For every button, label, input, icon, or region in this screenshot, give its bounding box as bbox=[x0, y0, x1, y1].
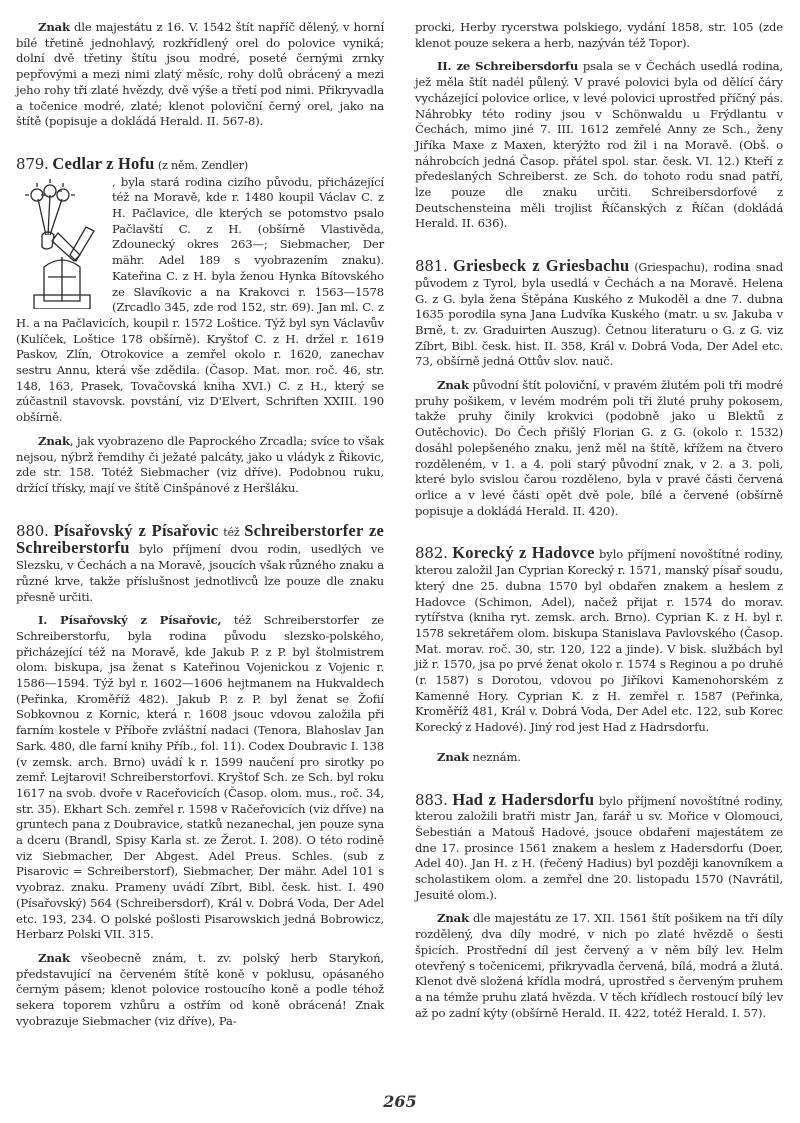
entry-title: Had z Hadersdorfu bbox=[452, 790, 594, 809]
entry-number: 879. bbox=[16, 155, 49, 173]
right-column: procki, Herby rycerstwa polskiego, vydán… bbox=[415, 20, 783, 1021]
section-text: též Schreiberstorfer ze Schreiberstorfu,… bbox=[16, 613, 384, 941]
znak-lead: Znak bbox=[437, 750, 469, 764]
section-text: psala se v Čechách usedlá rodina, jež mě… bbox=[415, 59, 783, 230]
entry-880-header: 880. Písařovský z Písařovic též Schreibe… bbox=[16, 523, 384, 606]
entry-aside: (Griespachu) bbox=[629, 261, 704, 274]
entry-title: Griesbeck z Griesbachu bbox=[453, 256, 629, 275]
entry-text: bylo příjmení novoštítné rodiny, kterou … bbox=[415, 547, 783, 734]
znak-text: neznám. bbox=[469, 750, 521, 764]
znak-lead: Znak bbox=[38, 20, 70, 34]
entry-881-header: 881. Griesbeck z Griesbachu (Griespachu)… bbox=[415, 258, 783, 370]
entry-connector: též bbox=[219, 526, 245, 539]
intro-znak-paragraph: Znak dle majestátu z 16. V. 1542 štít na… bbox=[16, 20, 384, 130]
entry-text: , rodina snad původem z Tyrol, byla used… bbox=[415, 260, 783, 368]
section-lead: II. ze Schreibersdorfu bbox=[437, 59, 578, 73]
entry-number: 883. bbox=[415, 791, 448, 809]
entry-882-znak: Znak neznám. bbox=[415, 750, 783, 766]
page-number: 265 bbox=[0, 1092, 800, 1111]
paragraph-text: dle majestátu z 16. V. 1542 štít napříč … bbox=[16, 20, 384, 128]
document-page: Znak dle majestátu z 16. V. 1542 štít na… bbox=[0, 0, 800, 1123]
znak-text: dle majestátu ze 17. XII. 1561 štít poši… bbox=[415, 911, 783, 1019]
znak-lead: Znak bbox=[38, 951, 70, 965]
section-ii: II. ze Schreibersdorfu psala se v Čechác… bbox=[415, 59, 783, 232]
znak-lead: Znak bbox=[437, 378, 469, 392]
znak-text: všeobecně znám, t. zv. polský herb Stary… bbox=[16, 951, 384, 1028]
entry-880-znak: Znak všeobecně znám, t. zv. polský herb … bbox=[16, 951, 384, 1030]
entry-title: Korecký z Hadovce bbox=[452, 543, 594, 562]
entry-title: Písařovský z Písařovic bbox=[54, 521, 219, 540]
entry-number: 880. bbox=[16, 522, 49, 540]
entry-879-znak: Znak, jak vyobrazeno dle Paprockého Zrca… bbox=[16, 434, 384, 497]
entry-number: 882. bbox=[415, 544, 448, 562]
entry-883-header: 883. Had z Hadersdorfu bylo příjmení nov… bbox=[415, 792, 783, 904]
znak-lead: Znak bbox=[437, 911, 469, 925]
entry-title: Cedlar z Hofu bbox=[52, 154, 154, 173]
entry-883: 883. Had z Hadersdorfu bylo příjmení nov… bbox=[415, 792, 783, 1022]
entry-881: 881. Griesbeck z Griesbachu (Griespachu)… bbox=[415, 258, 783, 519]
entry-number: 881. bbox=[415, 257, 448, 275]
entry-879-header: 879. Cedlar z Hofu (z něm. Zendler) bbox=[16, 156, 384, 174]
left-column: Znak dle majestátu z 16. V. 1542 štít na… bbox=[16, 20, 384, 1029]
section-lead: I. Písařovský z Písařovic, bbox=[38, 613, 221, 627]
continuation-text: procki, Herby rycerstwa polskiego, vydán… bbox=[415, 20, 783, 51]
entry-879: 879. Cedlar z Hofu (z něm. Zendler) bbox=[16, 156, 384, 497]
entry-text: bylo příjmení novoštítné rodiny, kterou … bbox=[415, 794, 783, 902]
znak-text: , jak vyobrazeno dle Paprockého Zrcadla;… bbox=[16, 434, 384, 495]
entry-881-znak: Znak původní štít poloviční, v pravém žl… bbox=[415, 378, 783, 519]
entry-883-znak: Znak dle majestátu ze 17. XII. 1561 štít… bbox=[415, 911, 783, 1021]
entry-882-header: 882. Korecký z Hadovce bylo příjmení nov… bbox=[415, 545, 783, 735]
entry-879-body: , byla stará rodina cizího původu, přich… bbox=[16, 175, 384, 426]
entry-882: 882. Korecký z Hadovce bylo příjmení nov… bbox=[415, 545, 783, 765]
entry-880-section-i: I. Písařovský z Písařovic, též Schreiber… bbox=[16, 613, 384, 943]
entry-aside: (z něm. Zendler) bbox=[155, 159, 248, 172]
znak-text: původní štít poloviční, v pravém žlutém … bbox=[415, 378, 783, 518]
coat-of-arms-icon bbox=[16, 177, 104, 309]
entry-880: 880. Písařovský z Písařovic též Schreibe… bbox=[16, 523, 384, 1030]
znak-lead: Znak bbox=[38, 434, 70, 448]
